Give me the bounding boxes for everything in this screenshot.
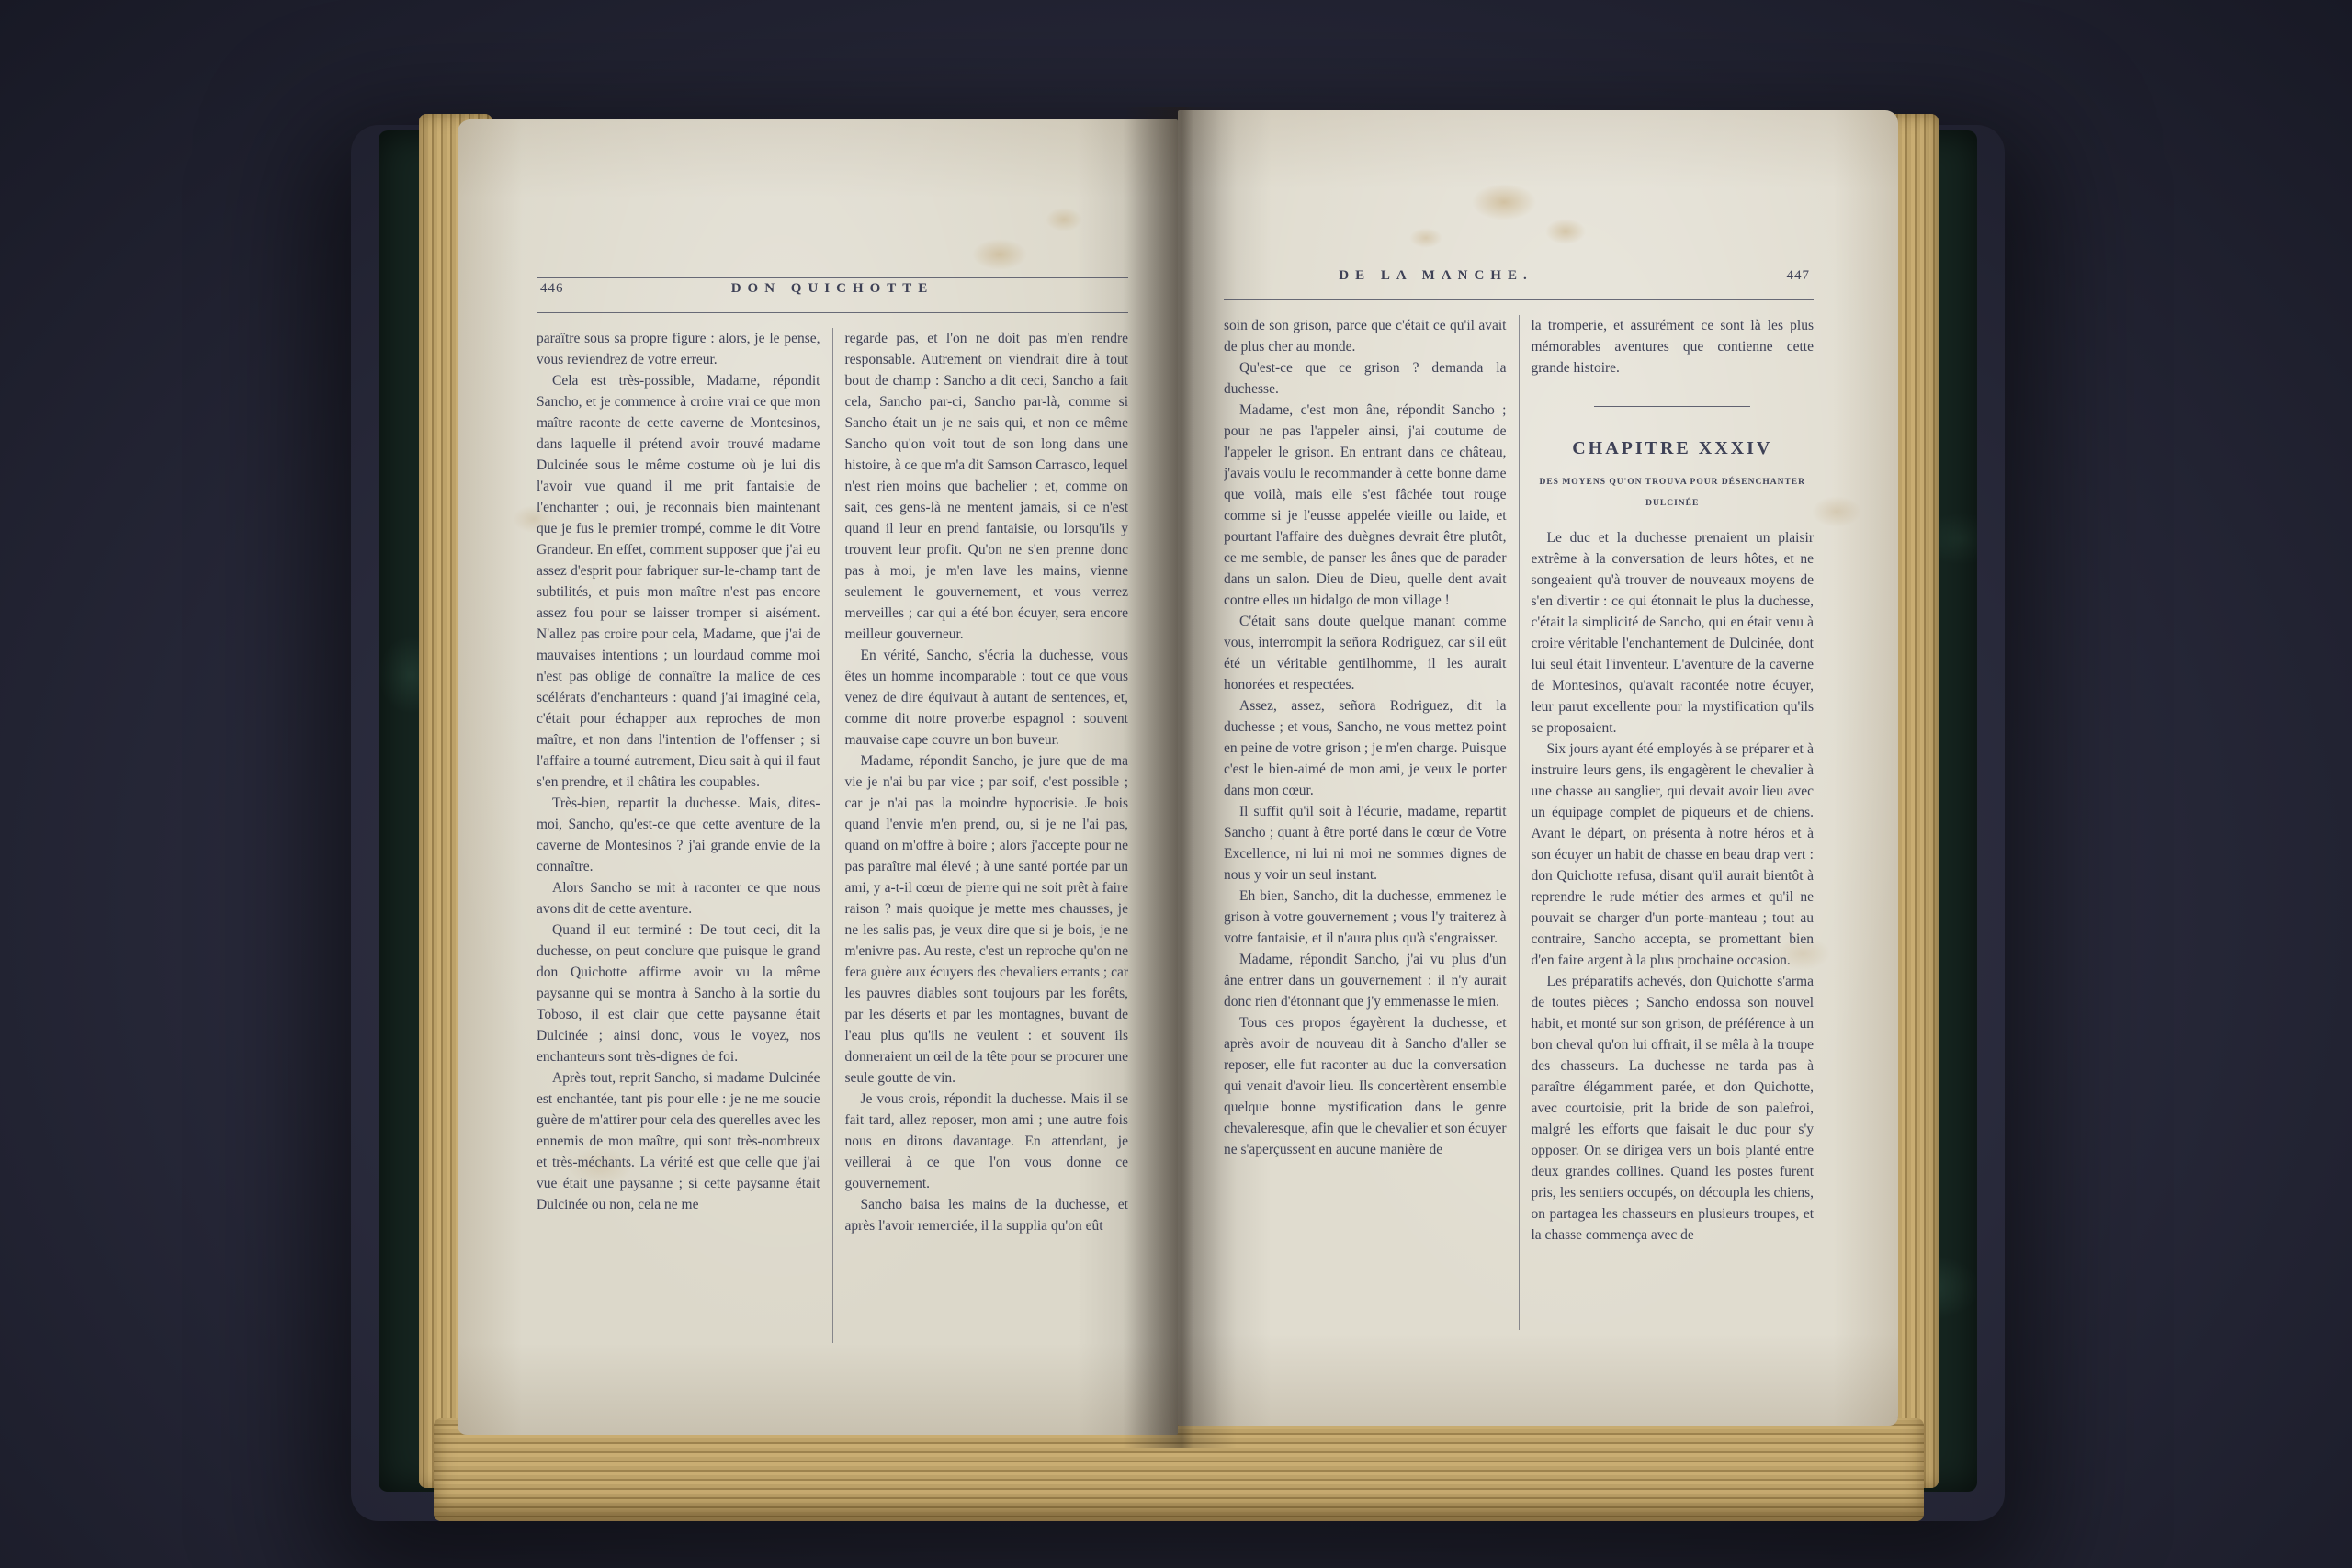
text-column: regarde pas, et l'on ne doit pas m'en re… [832, 328, 1129, 1343]
paragraph: Cela est très-possible, Madame, répondit… [537, 370, 820, 793]
page-number: 447 [1727, 268, 1810, 284]
paragraph: C'était sans doute quelque manant comme … [1224, 611, 1507, 695]
page-header: DE LA MANCHE. 447 [1224, 265, 1814, 299]
text-column: la tromperie, et assurément ce sont là l… [1519, 315, 1815, 1330]
text-column: paraître sous sa propre figure : alors, … [537, 328, 820, 1343]
paragraph: Quand il eut terminé : De tout ceci, dit… [537, 919, 820, 1067]
foxing-spot [1545, 219, 1586, 244]
header-rule-bottom [537, 312, 1128, 313]
text-column: soin de son grison, parce que c'était ce… [1224, 315, 1507, 1330]
right-page: DE LA MANCHE. 447 soin de son grison, pa… [1178, 110, 1898, 1426]
paragraph: Assez, assez, señora Rodriguez, dit la d… [1224, 695, 1507, 801]
page-number: 446 [540, 281, 623, 297]
book: 446 DON QUICHOTTE paraître sous sa propr… [379, 88, 1977, 1492]
chapter-title: CHAPITRE XXXIV [1532, 438, 1815, 459]
paragraph: paraître sous sa propre figure : alors, … [537, 328, 820, 370]
paragraph: Après tout, reprit Sancho, si madame Dul… [537, 1067, 820, 1215]
paragraph: Je vous crois, répondit la duchesse. Mai… [845, 1089, 1129, 1194]
foxing-spot [1046, 208, 1082, 231]
chapter-subtitle: DES MOYENS QU'ON TROUVA POUR DÉSENCHANTE… [1532, 472, 1815, 514]
paragraph: Il suffit qu'il soit à l'écurie, madame,… [1224, 801, 1507, 886]
text-columns: soin de son grison, parce que c'était ce… [1224, 315, 1814, 1330]
paragraph: la tromperie, et assurément ce sont là l… [1532, 315, 1815, 378]
paragraph: soin de son grison, parce que c'était ce… [1224, 315, 1507, 357]
header-rule-bottom [1224, 299, 1814, 300]
paragraph: Les préparatifs achevés, don Quichotte s… [1532, 971, 1815, 1246]
section-divider [1594, 406, 1750, 407]
paragraph: Six jours ayant été employés à se prépar… [1532, 739, 1815, 971]
paragraph: Alors Sancho se mit à raconter ce que no… [537, 877, 820, 919]
left-page: 446 DON QUICHOTTE paraître sous sa propr… [458, 119, 1178, 1435]
running-head: DE LA MANCHE. [1227, 268, 1645, 284]
paragraph: Très-bien, repartit la duchesse. Mais, d… [537, 793, 820, 877]
paragraph: Qu'est-ce que ce grison ? demanda la duc… [1224, 357, 1507, 400]
paragraph: Sancho baisa les mains de la duchesse, e… [845, 1194, 1129, 1236]
page-header: 446 DON QUICHOTTE [537, 278, 1128, 312]
paragraph: Eh bien, Sancho, dit la duchesse, emmene… [1224, 886, 1507, 949]
paragraph: Tous ces propos égayèrent la duchesse, e… [1224, 1012, 1507, 1160]
paragraph: Madame, c'est mon âne, répondit Sancho ;… [1224, 400, 1507, 611]
paragraph: Madame, répondit Sancho, je jure que de … [845, 750, 1129, 1089]
foxing-spot [1409, 228, 1442, 248]
photo-background: { "colors": { "background": "#1a1b28", "… [0, 0, 2352, 1568]
paragraph: Le duc et la duchesse prenaient un plais… [1532, 527, 1815, 739]
foxing-spot [972, 239, 1027, 270]
foxing-spot [1812, 496, 1861, 527]
paragraph: Madame, répondit Sancho, j'ai vu plus d'… [1224, 949, 1507, 1012]
foxing-spot [1472, 184, 1536, 220]
paragraph: regarde pas, et l'on ne doit pas m'en re… [845, 328, 1129, 645]
text-columns: paraître sous sa propre figure : alors, … [537, 328, 1128, 1343]
running-head: DON QUICHOTTE [623, 281, 1042, 297]
paragraph: En vérité, Sancho, s'écria la duchesse, … [845, 645, 1129, 750]
